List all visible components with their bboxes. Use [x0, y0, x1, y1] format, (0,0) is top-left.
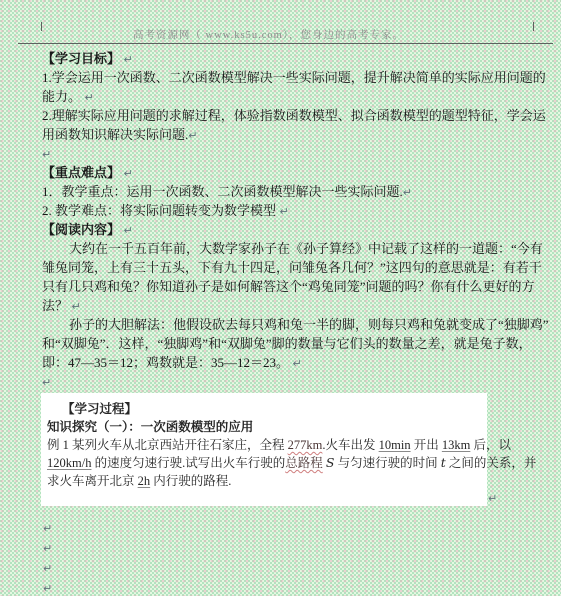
paragraph-mark: ↵	[276, 205, 289, 218]
text-line: ↵	[43, 519, 52, 539]
paragraph-mark: ↵	[188, 129, 197, 142]
text-line: 【学习目标】 ↵	[42, 49, 538, 68]
paragraph-mark: ↵	[42, 376, 51, 389]
paragraph-mark: ↵	[43, 522, 52, 535]
text-segment: 1．教学重点：运用一次函数、二次函数模型解决一些实际问题.	[42, 184, 403, 199]
text-segment: .火车出发	[322, 438, 378, 452]
text-segment: 1.学会运用一次函数、二次函数模型解决一些实际问题，提升解决简单的实际应用问题的	[42, 70, 546, 85]
text-segment: 只有几只鸡和兔？你知道孙子是如何解答这个“鸡兔同笼”问题的吗？你有什么更好的方	[42, 279, 535, 294]
text-segment: 开出	[411, 438, 442, 452]
text-line: ↵	[42, 372, 538, 391]
margin-tick-left	[41, 22, 42, 31]
text-segment: 277km	[288, 438, 323, 452]
text-segment: 即：47—35＝12；鸡数就是：35—12＝23。	[42, 355, 289, 370]
text-segment: 的速度匀速行驶.试写出火车行驶的	[91, 456, 285, 470]
paragraph-mark: ↵	[43, 582, 52, 595]
text-line: 即：47—35＝12；鸡数就是：35—12＝23。 ↵	[42, 353, 538, 372]
text-segment: 2. 教学难点：将实际问题转变为数学模型	[42, 203, 276, 218]
text-line: 120km/h 的速度匀速行驶.试写出火车行驶的总路程 S 与匀速行驶的时间 t…	[47, 454, 487, 472]
document-page: 高考资源网（ www.ks5u.com），您身边的高考专家。 【学习目标】 ↵1…	[0, 0, 561, 596]
paragraph-mark: ↵	[43, 562, 52, 575]
paragraph-mark: ↵	[43, 542, 52, 555]
text-line: 大约在一千五百年前，大数学家孙子在《孙子算经》中记载了这样的一道题：“今有	[42, 239, 538, 258]
text-line: 1.学会运用一次函数、二次函数模型解决一些实际问题，提升解决简单的实际应用问题的	[42, 68, 538, 87]
text-segment: 2.理解实际应用问题的求解过程，体验指数函数模型、拟合函数模型的题型特征，学会运	[42, 108, 546, 123]
text-line: 用函数知识解决实际问题.↵	[42, 125, 538, 144]
paragraph-mark: ↵	[289, 357, 302, 370]
text-line: 【阅读内容】 ↵	[42, 220, 538, 239]
text-line: 求火车离开北京 2h 内行驶的路程.	[47, 472, 487, 490]
text-segment: 大约在一千五百年前，大数学家孙子在《孙子算经》中记载了这样的一道题：“今有	[69, 241, 543, 256]
text-line: ↵	[43, 579, 52, 596]
text-segment: 13km	[442, 438, 470, 452]
text-line: ↵	[42, 144, 538, 163]
text-line: 知识探究（一）：一次函数模型的应用	[47, 418, 487, 436]
text-segment: 和“双脚兔”．这样，“独脚鸡”和“双脚兔”脚的数量与它们头的数量之差，就是兔子数…	[42, 336, 532, 351]
text-segment: 120km/h	[47, 456, 91, 470]
text-line: 【学习过程】	[47, 400, 487, 418]
text-segment: 2h	[138, 474, 151, 488]
paragraph-mark: ↵	[403, 186, 412, 199]
paragraph-mark: ↵	[120, 167, 133, 180]
text-segment: 【学习过程】	[62, 402, 137, 416]
text-line: 雏兔同笼，上有三十五头，下有九十四足，问雏兔各几何？”这四句的意思就是：有若干	[42, 258, 538, 277]
text-line: 【重点难点】 ↵	[42, 163, 538, 182]
text-segment: 求火车离开北京	[47, 474, 138, 488]
text-segment: 法？	[42, 298, 68, 313]
text-line: 2. 教学难点：将实际问题转变为数学模型 ↵	[42, 201, 538, 220]
text-segment: 之间的关系，并	[446, 456, 537, 470]
document-body: 【学习目标】 ↵1.学会运用一次函数、二次函数模型解决一些实际问题，提升解决简单…	[42, 49, 538, 391]
paragraph-mark: ↵	[68, 300, 81, 313]
text-segment: 例 1 某列火车从北京西站开往石家庄，全程	[47, 438, 288, 452]
site-header-text: 高考资源网（ www.ks5u.com），您身边的高考专家。	[0, 27, 537, 42]
paragraph-mark: ↵	[81, 91, 94, 104]
header-rule	[18, 43, 553, 44]
text-segment: 10min	[379, 438, 411, 452]
text-segment: 【学习目标】	[42, 51, 120, 66]
text-segment: 总路程	[285, 456, 323, 470]
text-line: 孙子的大胆解法：他假设砍去每只鸡和兔一半的脚，则每只鸡和兔就变成了“独脚鸡”	[42, 315, 538, 334]
paragraph-mark: ↵	[42, 148, 51, 161]
paragraph-mark: ↵	[120, 53, 133, 66]
text-line: ↵	[43, 559, 52, 579]
text-segment: 与匀速行驶的时间	[334, 456, 440, 470]
trailing-paragraph-marks: ↵↵↵↵	[43, 519, 52, 596]
text-segment: 【重点难点】	[42, 165, 120, 180]
text-line: 例 1 某列火车从北京西站开往石家庄，全程 277km.火车出发 10min 开…	[47, 436, 487, 454]
text-segment: 【阅读内容】	[42, 222, 120, 237]
margin-tick-right	[533, 22, 534, 31]
text-line: 和“双脚兔”．这样，“独脚鸡”和“双脚兔”脚的数量与它们头的数量之差，就是兔子数…	[42, 334, 538, 353]
text-line: 能力。 ↵	[42, 87, 538, 106]
paragraph-mark: ↵	[120, 224, 133, 237]
text-segment: 用函数知识解决实际问题.	[42, 127, 188, 142]
text-segment: 后，以	[470, 438, 511, 452]
paragraph-mark: ↵	[488, 492, 497, 505]
text-line: 2.理解实际应用问题的求解过程，体验指数函数模型、拟合函数模型的题型特征，学会运	[42, 106, 538, 125]
text-segment: 内行驶的路程.	[150, 474, 231, 488]
text-segment: 知识探究（一）：一次函数模型的应用	[47, 420, 253, 434]
text-segment: 能力。	[42, 89, 81, 104]
text-line: 只有几只鸡和兔？你知道孙子是如何解答这个“鸡兔同笼”问题的吗？你有什么更好的方	[42, 277, 538, 296]
text-line: 1．教学重点：运用一次函数、二次函数模型解决一些实际问题.↵	[42, 182, 538, 201]
text-line: ↵	[43, 539, 52, 559]
text-line: 法？ ↵	[42, 296, 538, 315]
learning-process-box: 【学习过程】知识探究（一）：一次函数模型的应用例 1 某列火车从北京西站开往石家…	[41, 393, 487, 506]
text-segment: 雏兔同笼，上有三十五头，下有九十四足，问雏兔各几何？”这四句的意思就是：有若干	[42, 260, 542, 275]
text-segment: 孙子的大胆解法：他假设砍去每只鸡和兔一半的脚，则每只鸡和兔就变成了“独脚鸡”	[69, 317, 549, 332]
